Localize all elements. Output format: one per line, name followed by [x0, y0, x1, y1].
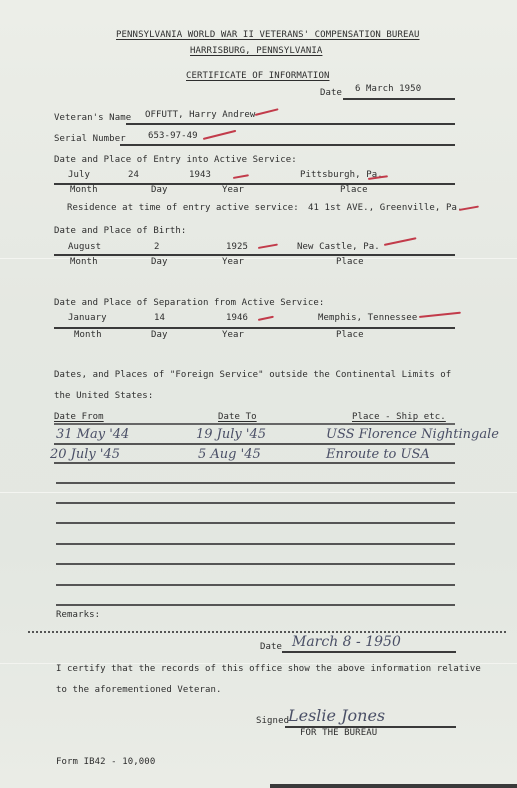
separation-month: January — [68, 313, 107, 323]
entry-year: 1943 — [189, 170, 211, 180]
serial-number-underline — [120, 144, 455, 146]
entry-place-label: Place — [340, 185, 368, 195]
red-check-mark — [233, 174, 249, 178]
separation-place: Memphis, Tennessee — [318, 313, 417, 323]
certification-statement-line1: I certify that the records of this offic… — [56, 664, 481, 674]
entry-year-label: Year — [222, 185, 244, 195]
birth-month: August — [68, 242, 101, 252]
blank-row-line — [56, 604, 455, 606]
entry-heading: Date and Place of Entry into Active Serv… — [54, 155, 297, 165]
veteran-name-label: Veteran's Name — [54, 113, 131, 123]
dotted-separator — [28, 631, 506, 633]
residence-value: 41 1st AVE., Greenville, Pa. — [308, 203, 463, 213]
birth-day-label: Day — [151, 257, 168, 267]
foreign-service-heading-line2: the United States: — [54, 391, 153, 401]
birth-month-label: Month — [70, 257, 98, 267]
header-date-value: 6 March 1950 — [355, 84, 421, 94]
entry-month: July — [68, 170, 90, 180]
entry-month-label: Month — [70, 185, 98, 195]
certification-date-label: Date — [260, 642, 282, 652]
blank-row-line — [56, 522, 455, 524]
blank-row-line — [56, 502, 455, 504]
separation-underline — [54, 327, 455, 329]
header-date-underline — [343, 98, 455, 100]
certification-statement-line2: to the aforementioned Veteran. — [56, 685, 222, 695]
entry-day-label: Day — [151, 185, 168, 195]
scan-edge — [270, 784, 517, 788]
birth-heading: Date and Place of Birth: — [54, 226, 186, 236]
birth-day: 2 — [154, 242, 160, 252]
blank-row-line — [56, 584, 455, 586]
birth-place: New Castle, Pa. — [297, 242, 380, 252]
column-date-to: Date To — [218, 412, 257, 422]
veteran-name-value: OFFUTT, Harry Andrew — [145, 110, 255, 120]
red-check-mark — [255, 108, 279, 115]
paper-fold — [0, 492, 517, 493]
column-place-ship: Place - Ship etc. — [352, 412, 446, 422]
form-number: Form IB42 - 10,000 — [56, 757, 155, 767]
separation-month-label: Month — [74, 330, 102, 340]
foreign-service-heading-line1: Dates, and Places of "Foreign Service" o… — [54, 370, 451, 380]
signed-label: Signed — [256, 716, 289, 726]
blank-row-line — [56, 543, 455, 545]
row1-date-to: 19 July '45 — [196, 427, 266, 442]
row2-date-to: 5 Aug '45 — [198, 447, 261, 462]
separation-year-label: Year — [222, 330, 244, 340]
red-check-mark — [384, 237, 417, 245]
blank-row-line — [56, 482, 455, 484]
certification-date-value: March 8 - 1950 — [292, 634, 401, 650]
birth-year-label: Year — [222, 257, 244, 267]
for-the-bureau-label: FOR THE BUREAU — [300, 728, 377, 738]
entry-underline — [54, 183, 455, 185]
serial-number-value: 653-97-49 — [148, 131, 198, 141]
veteran-name-underline — [126, 123, 455, 125]
separation-heading: Date and Place of Separation from Active… — [54, 298, 324, 308]
remarks-label: Remarks: — [56, 610, 100, 620]
blank-row-line — [56, 563, 455, 565]
separation-day: 14 — [154, 313, 165, 323]
birth-place-label: Place — [336, 257, 364, 267]
red-check-mark — [419, 312, 461, 318]
birth-underline — [54, 254, 455, 256]
certificate-page: PENNSYLVANIA WORLD WAR II VETERANS' COMP… — [0, 0, 517, 788]
entry-day: 24 — [128, 170, 139, 180]
agency-location: HARRISBURG, PENNSYLVANIA — [190, 46, 322, 56]
row1-place: USS Florence Nightingale — [326, 427, 499, 442]
red-check-mark — [258, 316, 274, 321]
column-date-from: Date From — [54, 412, 104, 422]
serial-number-label: Serial Number — [54, 134, 126, 144]
row2-date-from: 20 July '45 — [50, 447, 120, 462]
certification-date-underline — [282, 651, 456, 653]
separation-year: 1946 — [226, 313, 248, 323]
document-title: CERTIFICATE OF INFORMATION — [186, 71, 329, 81]
foreign-row-line — [54, 443, 455, 445]
header-date-label: Date — [320, 88, 342, 98]
red-check-mark — [203, 130, 236, 140]
agency-title: PENNSYLVANIA WORLD WAR II VETERANS' COMP… — [116, 30, 420, 40]
row1-date-from: 31 May '44 — [56, 427, 129, 442]
foreign-header-underline — [54, 423, 455, 425]
separation-day-label: Day — [151, 330, 168, 340]
residence-label: Residence at time of entry active servic… — [67, 203, 299, 213]
signature: Leslie Jones — [288, 706, 385, 725]
birth-year: 1925 — [226, 242, 248, 252]
separation-place-label: Place — [336, 330, 364, 340]
red-check-mark — [258, 244, 278, 249]
foreign-row-line — [54, 462, 455, 464]
row2-place: Enroute to USA — [326, 447, 430, 462]
